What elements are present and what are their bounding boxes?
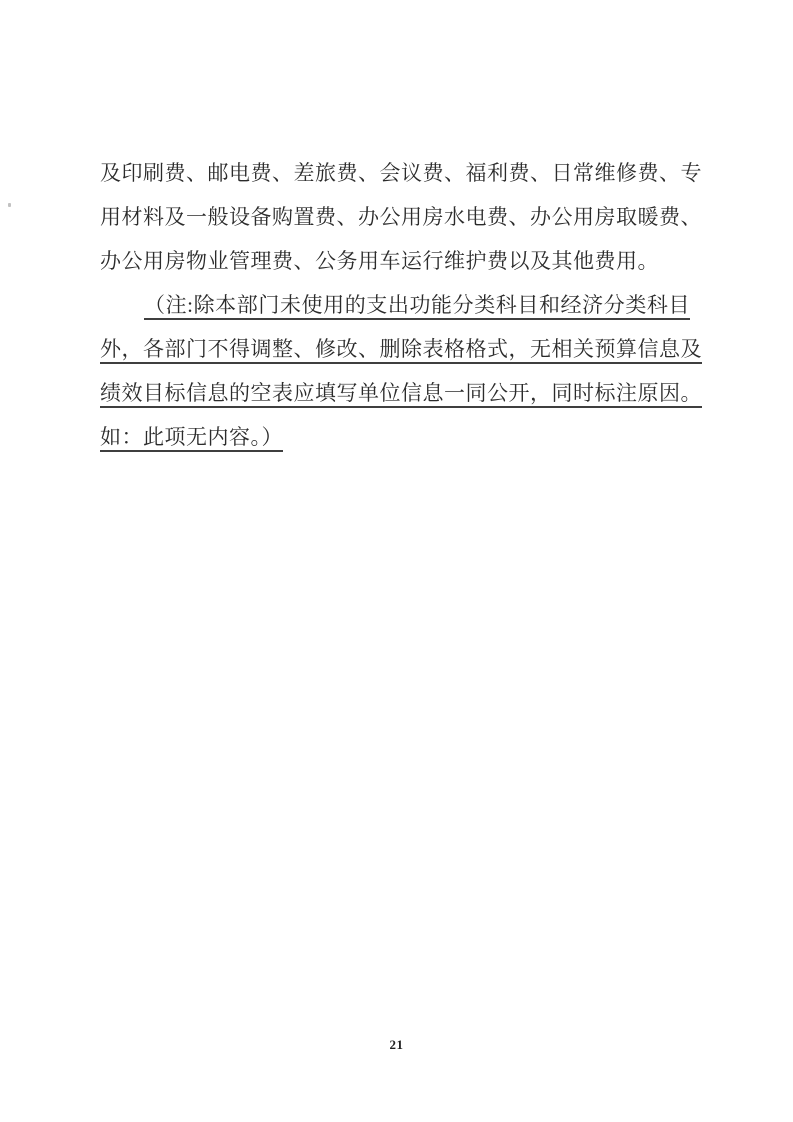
note-paragraph-line3: 绩效目标信息的空表应填写单位信息一同公开，同时标注原因。 [100, 371, 690, 415]
page-number: 21 [0, 1037, 793, 1053]
paragraph1-line2: 用材料及一般设备购置费、办公用房水电费、办公用房取暖费、 [100, 195, 690, 239]
paragraph1-line1: 及印刷费、邮电费、差旅费、会议费、福利费、日常维修费、专 [100, 151, 690, 195]
document-body: 及印刷费、邮电费、差旅费、会议费、福利费、日常维修费、专 用材料及一般设备购置费… [100, 151, 690, 459]
paragraph1-line3: 办公用房物业管理费、公务用车运行维护费以及其他费用。 [100, 239, 690, 283]
note-paragraph-line4: 如：此项无内容。） [100, 415, 690, 459]
scan-artifact [8, 203, 11, 207]
note-paragraph-line2: 外，各部门不得调整、修改、删除表格格式，无相关预算信息及 [100, 327, 690, 371]
document-page: 及印刷费、邮电费、差旅费、会议费、福利费、日常维修费、专 用材料及一般设备购置费… [0, 0, 793, 1122]
note-paragraph-line1: （注:除本部门未使用的支出功能分类科目和经济分类科目 [100, 283, 690, 327]
